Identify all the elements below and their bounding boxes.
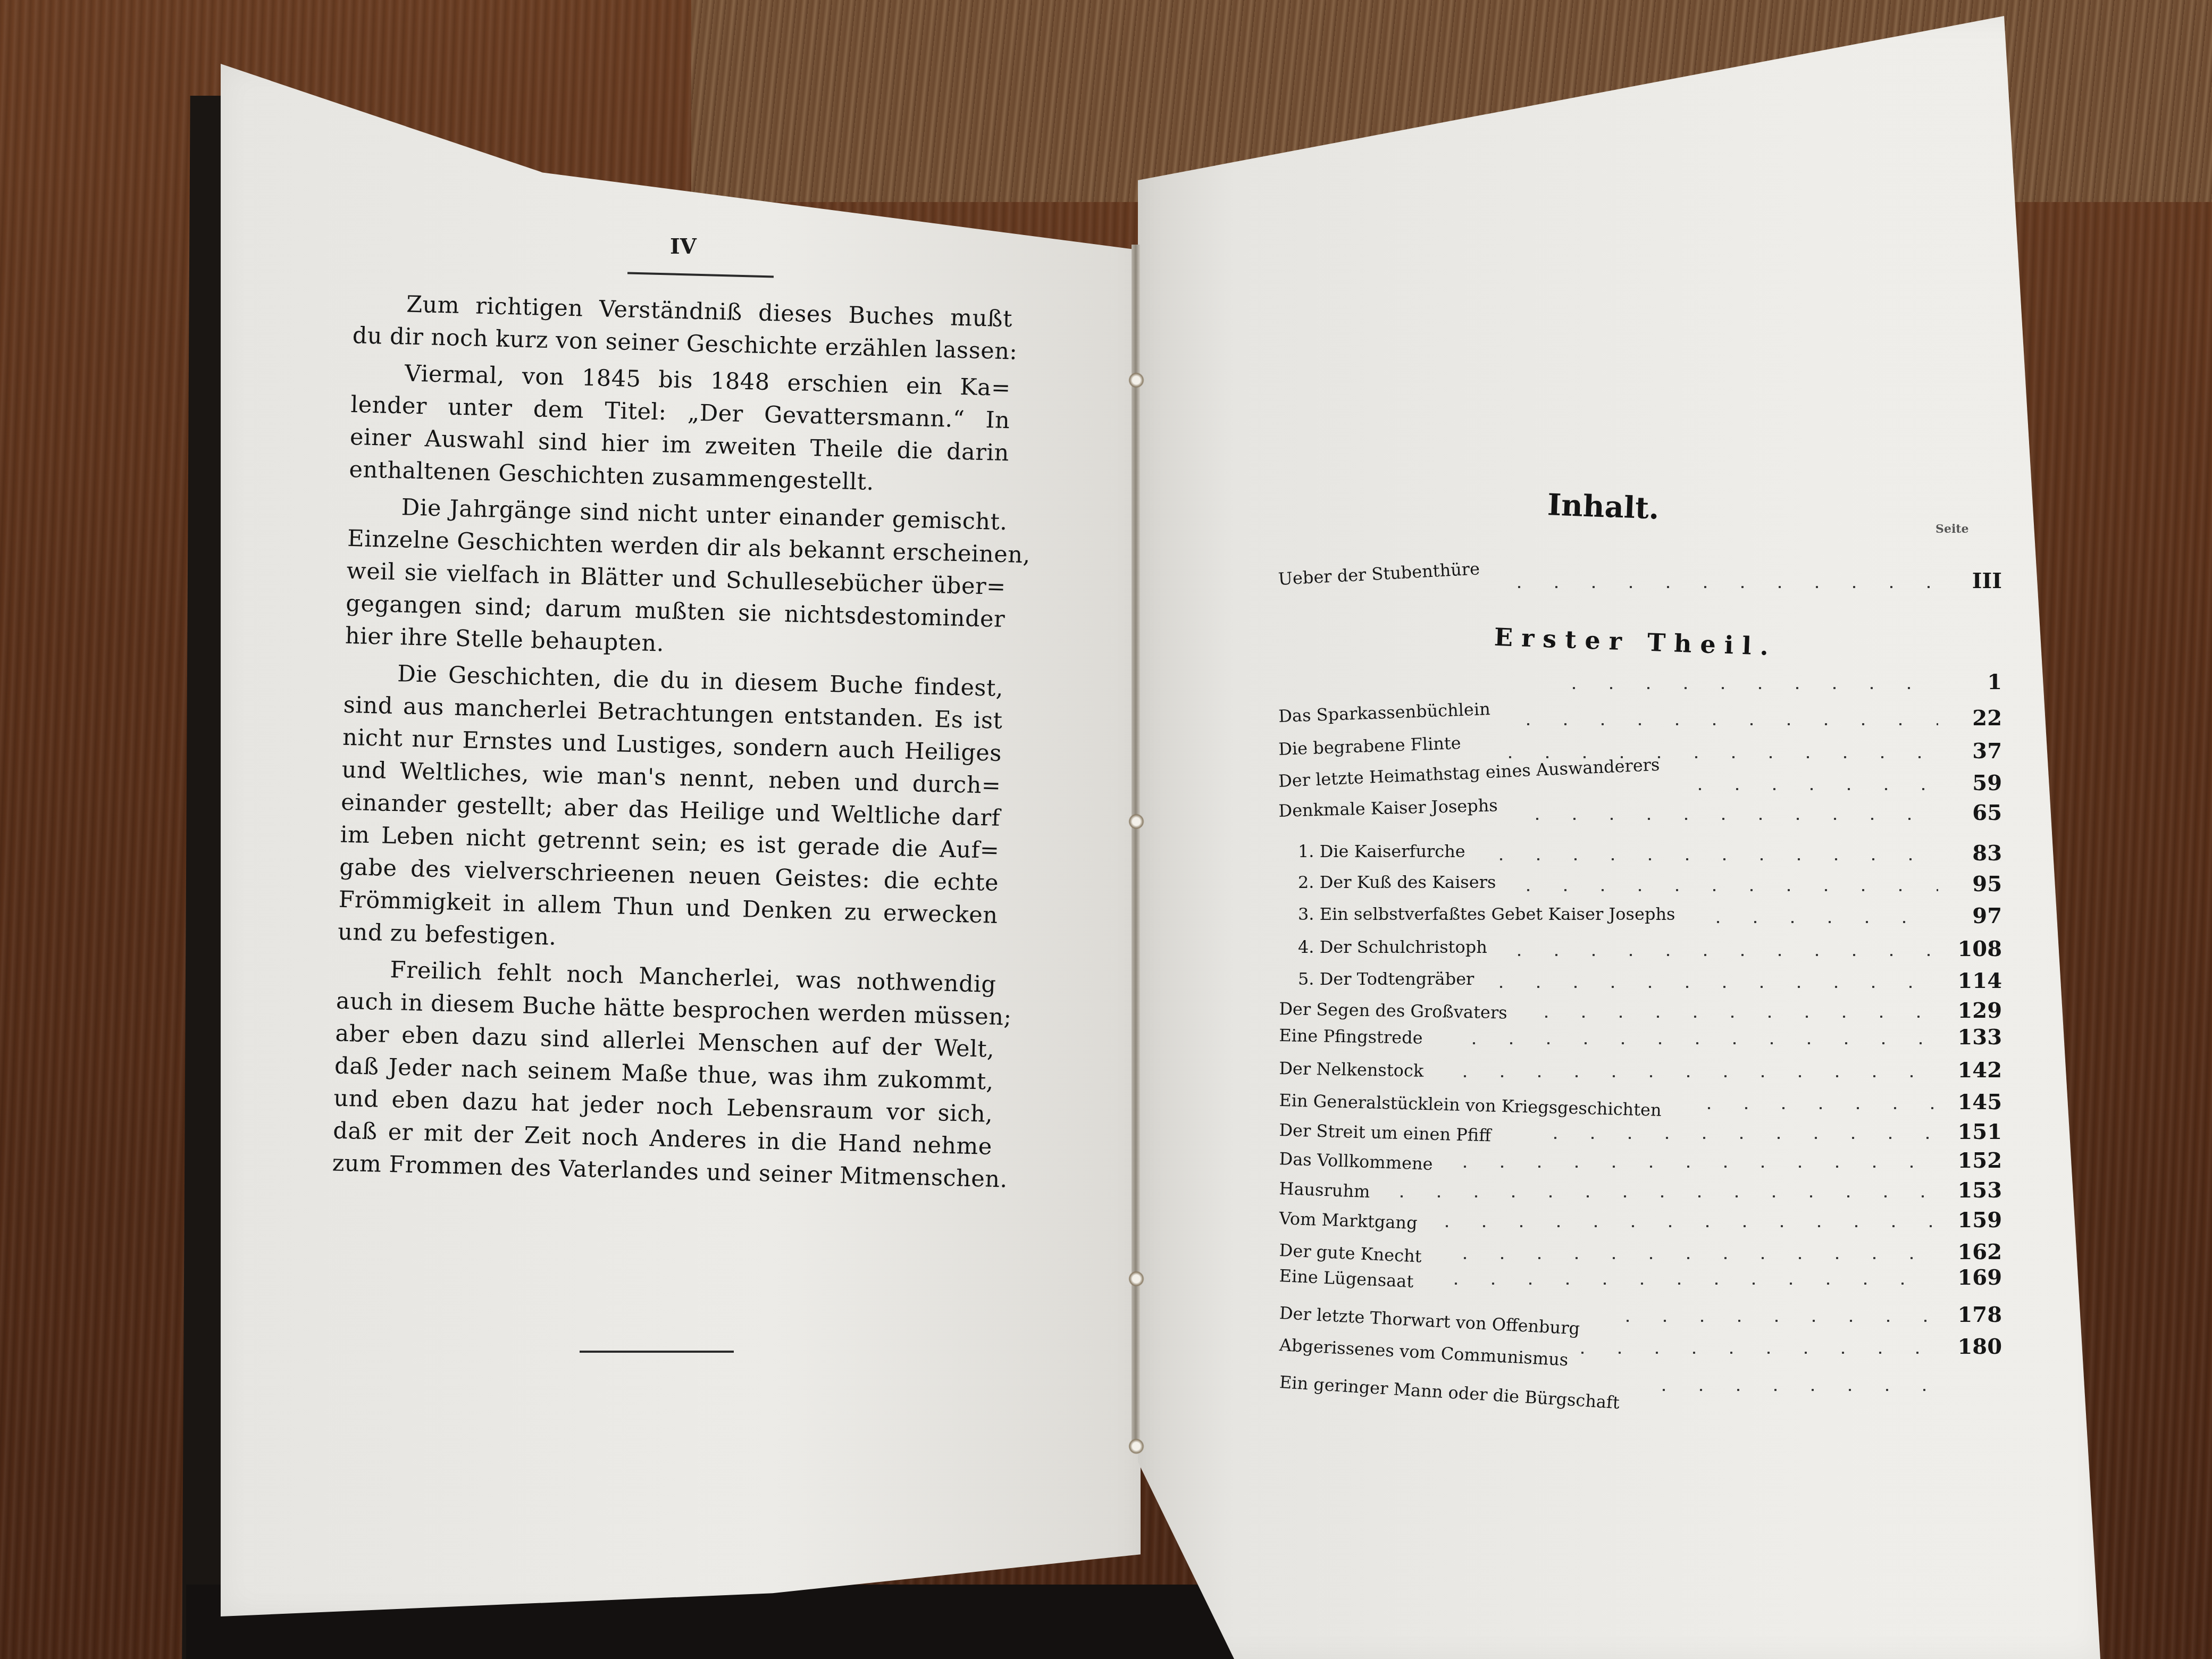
toc-entry: Das Sparkassenbüchlein22 [1279, 701, 2002, 731]
end-rule [580, 1351, 734, 1353]
toc-entry: Ein Generalstücklein von Kriegsgeschicht… [1279, 1085, 2002, 1115]
toc-page-number: 95 [1943, 872, 2002, 896]
toc-page-number: 169 [1943, 1265, 2002, 1290]
toc-entry-title: Die begrabene Flinte [1278, 733, 1462, 759]
dot-leader [1537, 1137, 1938, 1139]
toc-page-number: 178 [1943, 1302, 2002, 1327]
page-column-label: Seite [1935, 522, 1968, 536]
dot-leader [1383, 1195, 1938, 1197]
toc-page-number: 142 [1943, 1058, 2002, 1083]
toc-entry-title: Das Sparkassenbüchlein [1278, 699, 1491, 726]
binding-stitch [1128, 372, 1144, 388]
binding-stitch [1128, 1438, 1144, 1454]
dot-leader [1555, 687, 1938, 689]
dot-leader [1510, 723, 1938, 725]
toc-entry-title: 1. Die Kaiserfurche [1298, 841, 1465, 861]
toc-entry: Der letzte Thorwart von Offenburg178 [1279, 1297, 2002, 1327]
dot-leader [1609, 1320, 1938, 1322]
toc-entry: 2. Der Kuß des Kaisers95 [1279, 867, 2002, 896]
toc-entry-title: Vom Marktgang [1279, 1208, 1418, 1233]
dot-leader [1455, 1042, 1938, 1044]
dot-leader [1519, 818, 1938, 820]
toc-entry: Das Vollkommene152 [1279, 1143, 2002, 1173]
toc-page-number: 22 [1943, 706, 2002, 731]
toc-entry-title: 5. Der Todtengräber [1298, 969, 1474, 989]
toc-page-number: 133 [1943, 1025, 2002, 1050]
toc-entry-title: Der Streit um einen Pfiff [1279, 1120, 1491, 1145]
toc-entry: Der Nelkenstock142 [1279, 1053, 2002, 1083]
toc-page-number: 65 [1943, 800, 2002, 825]
dot-leader [1501, 586, 1938, 588]
toc-entry-title: 3. Ein selbstverfaßtes Gebet Kaiser Jose… [1298, 904, 1675, 924]
toc-page-number: 1 [1943, 669, 2002, 694]
dot-leader [1564, 1352, 1938, 1354]
toc-page-number: 145 [1943, 1090, 2002, 1115]
dot-leader [1510, 889, 1938, 891]
dot-leader [1446, 1166, 1938, 1168]
toc-page-number: 83 [1943, 841, 2002, 866]
toc-entry-title: 2. Der Kuß des Kaisers [1298, 872, 1496, 892]
toc-page-number: 59 [1943, 770, 2002, 795]
toc-page-number: 108 [1943, 936, 2002, 961]
toc-entry: Vom Marktgang159 [1279, 1203, 2002, 1233]
dot-leader [1482, 986, 1938, 988]
dot-leader [1446, 1075, 1938, 1077]
toc-page-number: 37 [1943, 739, 2002, 764]
toc-entry: 5. Der Todtengräber114 [1279, 963, 2002, 993]
toc-entry: Denkmale Kaiser Josephs65 [1279, 795, 2002, 825]
dot-leader [1645, 1389, 1938, 1391]
toc-page-number: 180 [1943, 1334, 2002, 1359]
toc-entry: Eine Lügensaat169 [1279, 1260, 2002, 1290]
dot-leader [1492, 756, 1938, 758]
toc-page-number: 129 [1943, 998, 2002, 1023]
toc-page-number: 151 [1943, 1119, 2002, 1144]
toc-entry: Abgerissenes vom Communismus180 [1279, 1329, 2002, 1359]
toc-entry: 3. Ein selbstverfaßtes Gebet Kaiser Jose… [1279, 899, 2002, 928]
toc-entry: 1. Die Kaiserfurche83 [1279, 836, 2002, 866]
toc-page-number: 97 [1943, 903, 2002, 928]
binding-stitch [1128, 814, 1144, 829]
toc-entry-title: Der Segen des Großvaters [1279, 999, 1507, 1023]
toc-page-number: III [1943, 568, 2002, 593]
toc-entry: 1 [1279, 665, 2002, 694]
toc-entry: Der letzte Heimathstag eines Auswanderer… [1279, 766, 2002, 795]
page-folio-number: IV [670, 234, 697, 259]
binding-stitch [1128, 1271, 1144, 1287]
dot-leader [1501, 954, 1938, 956]
toc-entry-title: Das Vollkommene [1279, 1149, 1433, 1174]
toc-entry: 4. Der Schulchristoph108 [1279, 932, 2002, 961]
dot-leader [1437, 1283, 1938, 1285]
toc-page-number: 114 [1943, 968, 2002, 993]
toc-entry-title: 4. Der Schulchristoph [1298, 937, 1487, 957]
dot-leader [1690, 1107, 1938, 1109]
toc-entry-title: Eine Pfingstrede [1279, 1025, 1423, 1048]
toc-entry: Ein geringer Mann oder die Bürgschaft [1279, 1367, 2002, 1396]
toc-entry: Der Streit um einen Pfiff151 [1279, 1115, 2002, 1144]
preface-body-text: Zum richtigen Verständniß dieses Buches … [332, 287, 1013, 1200]
dot-leader [1681, 788, 1938, 790]
toc-entry-title: Denkmale Kaiser Josephs [1278, 795, 1498, 821]
toc-page-number: 153 [1943, 1178, 2002, 1203]
toc-title: Inhalt. [1547, 487, 1660, 526]
toc-entry-title: Eine Lügensaat [1279, 1266, 1414, 1292]
toc-page-number: 159 [1943, 1208, 2002, 1233]
toc-page-number: 152 [1943, 1148, 2002, 1173]
dot-leader [1482, 858, 1938, 860]
dot-leader [1699, 921, 1938, 923]
dot-leader [1428, 1225, 1938, 1227]
toc-entry-title: Hausruhm [1279, 1178, 1370, 1202]
book-gutter-binding [1132, 245, 1140, 1446]
toc-entry: Hausruhm153 [1279, 1173, 2002, 1203]
dot-leader [1446, 1257, 1938, 1259]
toc-entry: Der Segen des Großvaters129 [1279, 993, 2002, 1023]
toc-entry: Eine Pfingstrede133 [1279, 1020, 2002, 1050]
toc-entry-title: Der Nelkenstock [1279, 1058, 1424, 1081]
toc-entry: Ueber der StubenthüreIII [1279, 564, 2002, 593]
dot-leader [1528, 1016, 1938, 1018]
